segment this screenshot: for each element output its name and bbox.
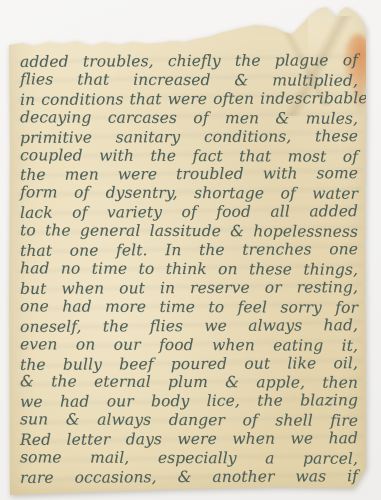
handwritten-line: form of dysentry, shortage of water xyxy=(20,184,358,204)
handwritten-line: that one felt. In the trenches one xyxy=(20,240,358,261)
handwritten-line: primitive sanitary conditions, these xyxy=(20,127,358,148)
handwritten-line: oneself, the flies we always had, xyxy=(20,316,358,337)
handwritten-line: & the eternal plum & apple, then xyxy=(20,373,358,393)
handwritten-line: rare occasions, & another was if xyxy=(20,467,358,488)
handwritten-line: lack of variety of food all added xyxy=(20,202,358,223)
handwritten-line: had no time to think on these things, xyxy=(20,259,358,279)
handwritten-line: to the general lassitude & hopelessness xyxy=(20,221,358,241)
letter-text: added troubles, chiefly the plague of fl… xyxy=(20,52,358,487)
handwritten-line: some mail, especially a parcel, xyxy=(20,448,358,468)
handwritten-line: sun & always danger of shell fire xyxy=(20,410,358,430)
handwritten-line: added troubles, chiefly the plague of xyxy=(20,51,358,72)
handwritten-line: the bully beef poured out like oil, xyxy=(20,354,358,375)
handwritten-line: Red letter days were when we had xyxy=(20,429,358,450)
scan-background: added troubles, chiefly the plague of fl… xyxy=(0,0,381,500)
handwritten-line: the men were troubled with some xyxy=(20,165,358,186)
handwritten-line: in conditions that were often indescriba… xyxy=(20,89,358,110)
handwritten-line: decaying carcases of men & mules, xyxy=(20,108,358,128)
handwritten-line: but when out in reserve or resting, xyxy=(20,278,358,299)
letter-paper-shadow: added troubles, chiefly the plague of fl… xyxy=(8,6,370,496)
letter-paper: added troubles, chiefly the plague of fl… xyxy=(8,6,370,496)
handwritten-line: one had more time to feel sorry for xyxy=(20,297,358,317)
handwritten-line: coupled with the fact that most of xyxy=(20,146,358,166)
handwritten-line: we had our body lice, the blazing xyxy=(20,391,358,412)
handwritten-line: flies that increased & multiplied, xyxy=(20,70,358,90)
handwritten-line: even on our food when eating it, xyxy=(20,335,358,355)
